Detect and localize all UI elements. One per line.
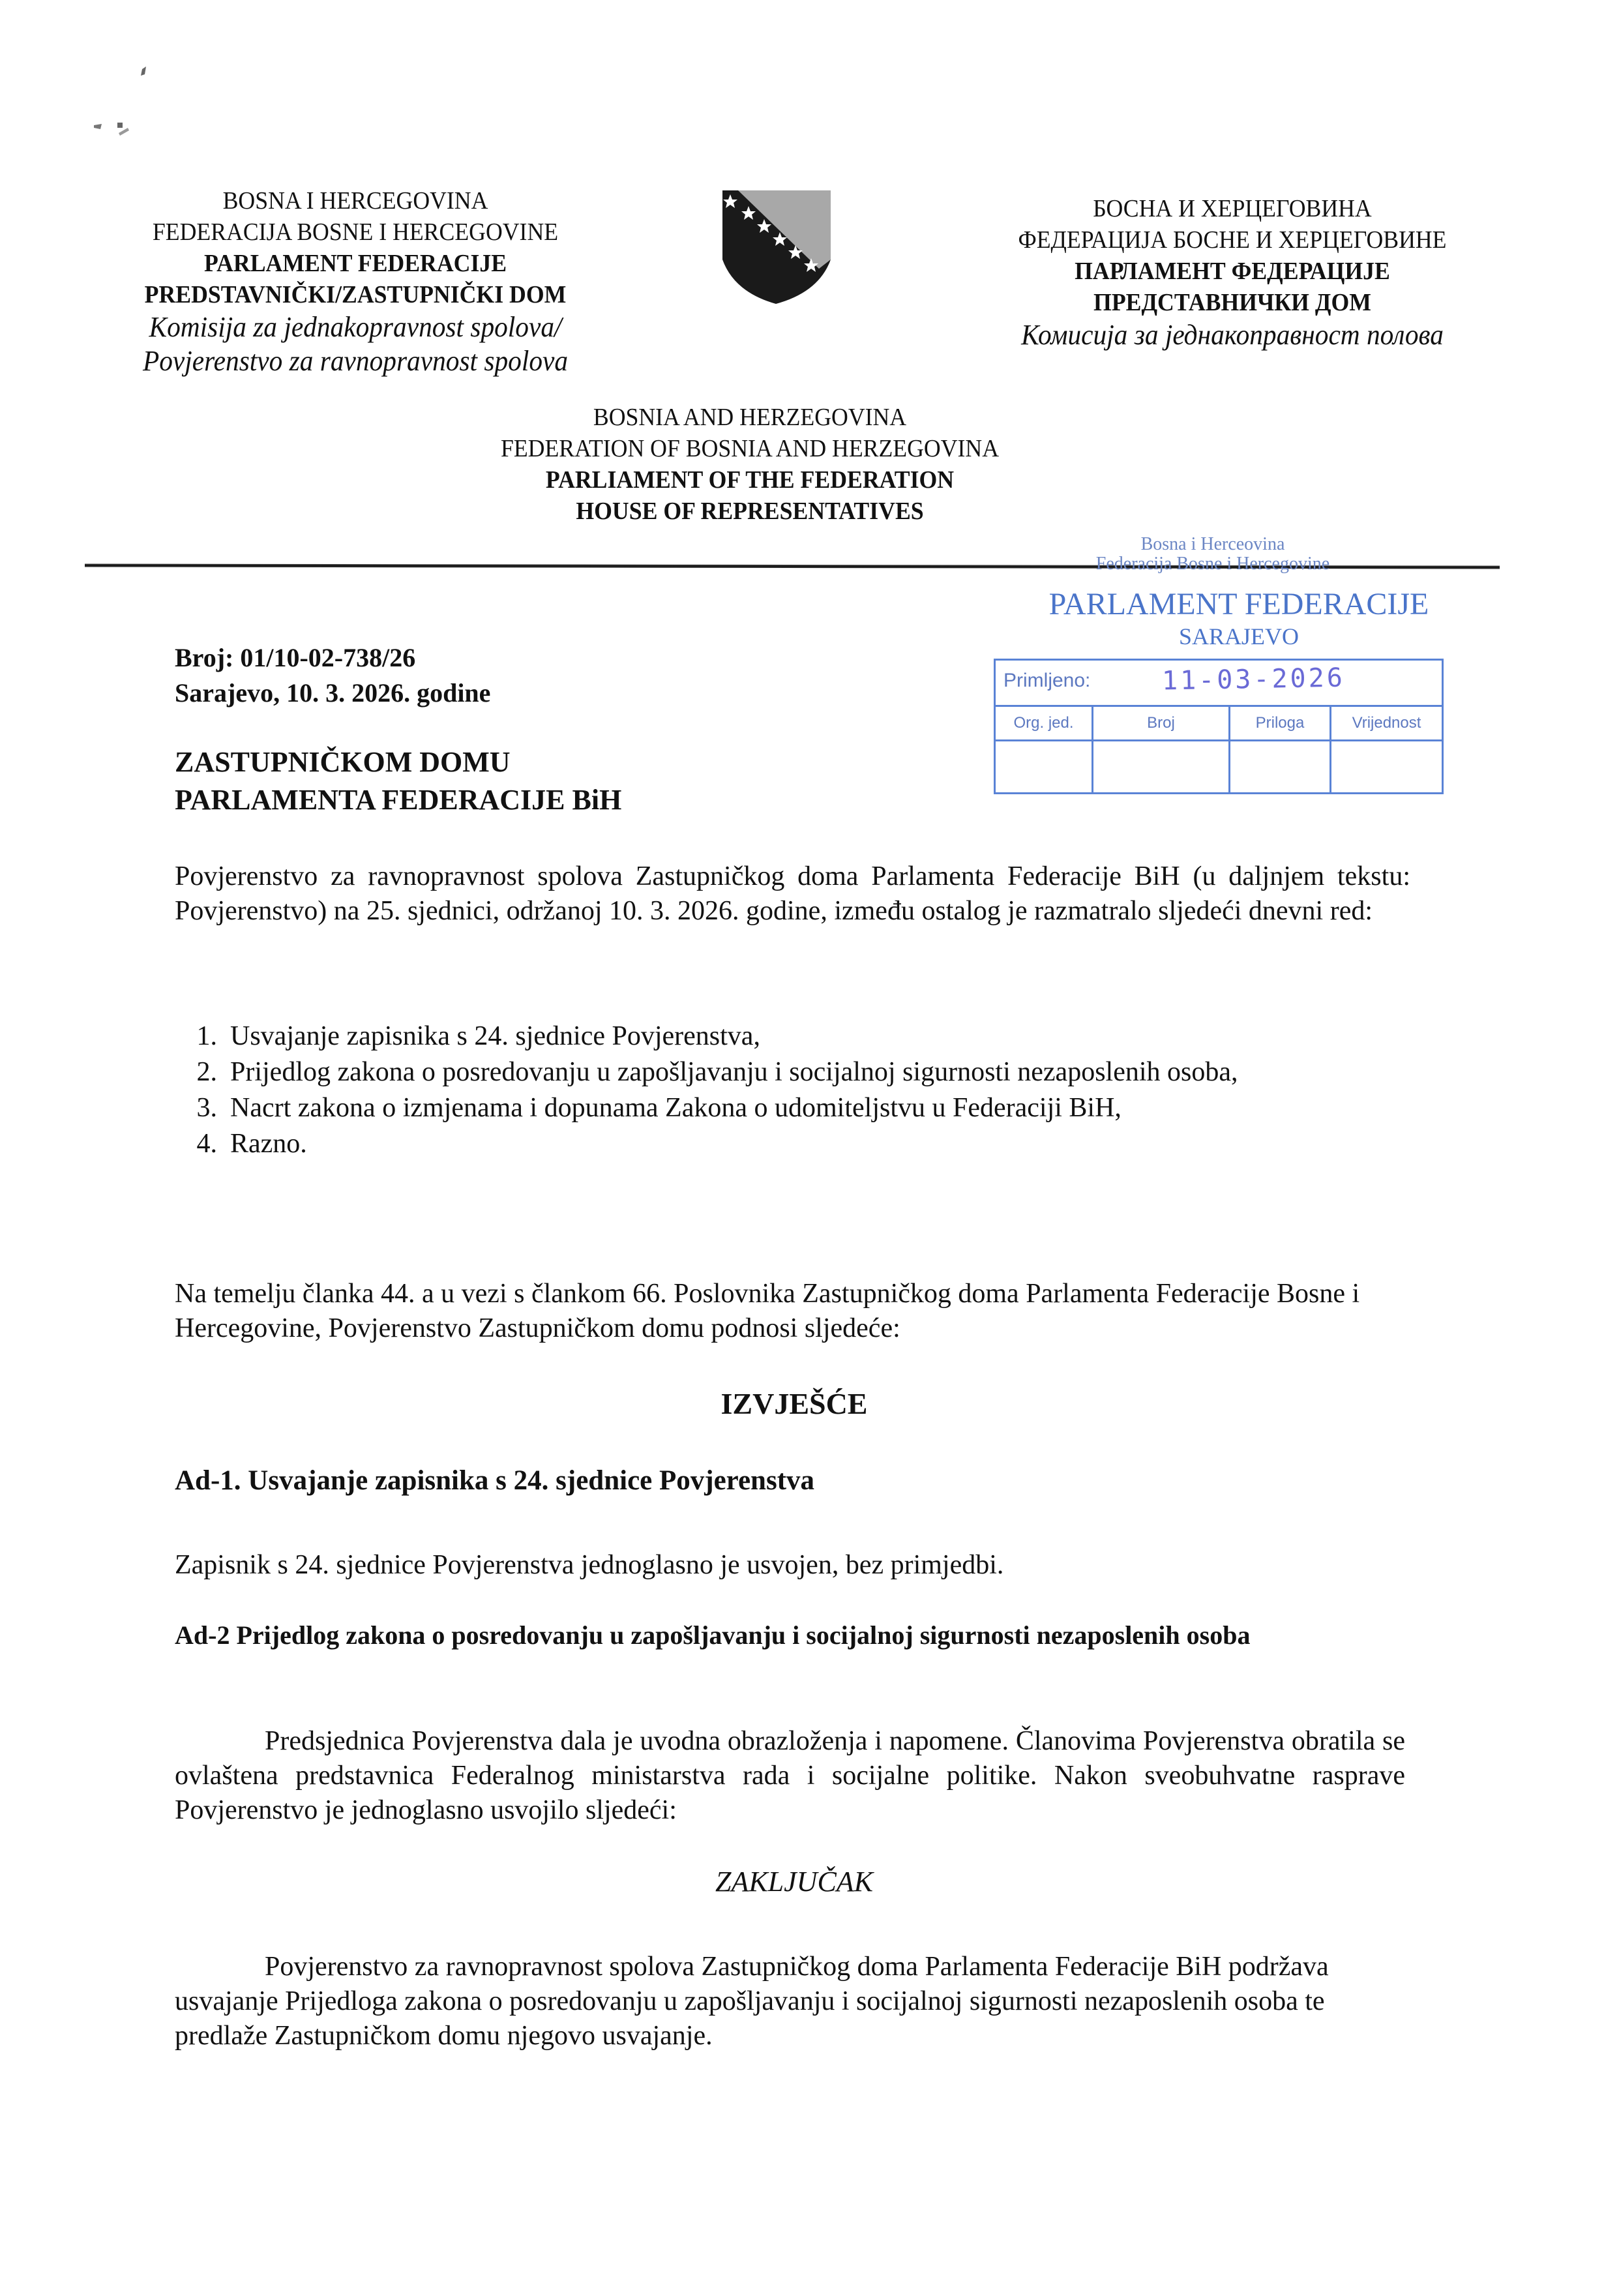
document-place-date: Sarajevo, 10. 3. 2026. godine bbox=[175, 676, 490, 711]
stamp-col-priloga: Priloga bbox=[1230, 707, 1331, 794]
header-left-line3: PARLAMENT FEDERACIJE bbox=[101, 248, 610, 279]
header-left-line6: Povjerenstvo za ravnopravnost spolova bbox=[101, 344, 610, 378]
section-ad1-heading: Ad-1. Usvajanje zapisnika s 24. sjednice… bbox=[175, 1465, 1414, 1497]
agenda-item: 4. Razno. bbox=[175, 1126, 1414, 1162]
stamp-received-row: Primljeno: 11-03-2026 bbox=[996, 661, 1442, 707]
header-right-line2: ФЕДЕРАЦИЈА БОСНЕ И ХЕРЦЕГОВИНЕ bbox=[932, 224, 1532, 256]
header-left-bosnian: BOSNA I HERCEGOVINA FEDERACIJA BOSNE I H… bbox=[101, 185, 610, 378]
stamp-columns: Org. jed. Broj Priloga Vrijednost bbox=[996, 707, 1442, 794]
section-ad1-text: Zapisnik s 24. sjednice Povjerenstva jed… bbox=[175, 1548, 1414, 1583]
header-left-line1: BOSNA I HERCEGOVINA bbox=[101, 185, 610, 216]
stamp-top-line2: Federacija Bosne i Hercegovine bbox=[1011, 554, 1415, 574]
agenda-item-number: 2. bbox=[175, 1054, 230, 1090]
stamp-col-label: Broj bbox=[1093, 707, 1228, 741]
stamp-col-broj: Broj bbox=[1093, 707, 1230, 794]
conclusion-paragraph: Povjerenstvo za ravnopravnost spolova Za… bbox=[175, 1950, 1414, 2053]
scan-marks bbox=[85, 65, 163, 143]
header-center-line4: HOUSE OF REPRESENTATIVES bbox=[443, 496, 1056, 527]
agenda-item-number: 3. bbox=[175, 1090, 230, 1126]
stamp-col-label: Org. jed. bbox=[996, 707, 1092, 741]
conclusion-text: Povjerenstvo za ravnopravnost spolova Za… bbox=[175, 1952, 1329, 2051]
agenda-item: 3. Nacrt zakona o izmjenama i dopunama Z… bbox=[175, 1090, 1414, 1126]
stamp-col-org-jed: Org. jed. bbox=[996, 707, 1093, 794]
agenda-item-text: Prijedlog zakona o posredovanju u zapošl… bbox=[230, 1054, 1414, 1090]
intro-paragraph: Povjerenstvo za ravnopravnost spolova Za… bbox=[175, 859, 1410, 929]
header-left-line5: Komisija za jednakopravnost spolova/ bbox=[101, 310, 610, 344]
header-right-cyrillic: БОСНА И ХЕРЦЕГОВИНА ФЕДЕРАЦИЈА БОСНЕ И Х… bbox=[932, 193, 1532, 352]
stamp-col-vrijednost: Vrijednost bbox=[1331, 707, 1442, 794]
stamp-header: Bosna i Herceovina Federacija Bosne i He… bbox=[1011, 535, 1415, 574]
agenda-item: 1. Usvajanje zapisnika s 24. sjednice Po… bbox=[175, 1019, 1414, 1054]
stamp-top-line1: Bosna i Herceovina bbox=[1011, 535, 1415, 554]
conclusion-title: ZAKLJUČAK bbox=[175, 1865, 1414, 1898]
header-left-line4: PREDSTAVNIČKI/ZASTUPNIČKI DOM bbox=[101, 279, 610, 310]
header-right-line5: Комисија за једнакоправност полова bbox=[932, 318, 1532, 352]
stamp-col-label: Vrijednost bbox=[1331, 707, 1442, 741]
agenda-item-text: Razno. bbox=[230, 1126, 1414, 1162]
agenda-item: 2. Prijedlog zakona o posredovanju u zap… bbox=[175, 1054, 1414, 1090]
agenda-item-text: Nacrt zakona o izmjenama i dopunama Zako… bbox=[230, 1090, 1414, 1126]
agenda-item-number: 4. bbox=[175, 1126, 230, 1162]
agenda-item-text: Usvajanje zapisnika s 24. sjednice Povje… bbox=[230, 1019, 1414, 1054]
agenda-item-number: 1. bbox=[175, 1019, 230, 1054]
addressee-line2: PARLAMENTA FEDERACIJE BiH bbox=[175, 781, 621, 819]
stamp-col-label: Priloga bbox=[1230, 707, 1329, 741]
addressee-line1: ZASTUPNIČKOM DOMU bbox=[175, 743, 621, 781]
header-right-line3: ПАРЛАМЕНТ ФЕДЕРАЦИЈЕ bbox=[932, 256, 1532, 287]
coat-of-arms-icon bbox=[721, 188, 832, 305]
legal-basis-paragraph: Na temelju članka 44. a u vezi s člankom… bbox=[175, 1277, 1388, 1346]
header-right-line4: ПРЕДСТАВНИЧКИ ДОМ bbox=[932, 287, 1532, 318]
agenda-list: 1. Usvajanje zapisnika s 24. sjednice Po… bbox=[175, 1019, 1414, 1162]
stamp-received-date: 11-03-2026 bbox=[1162, 663, 1346, 696]
received-stamp-box: Primljeno: 11-03-2026 Org. jed. Broj Pri… bbox=[994, 659, 1444, 794]
document-number: Broj: 01/10-02-738/26 bbox=[175, 640, 490, 676]
report-title: IZVJEŠĆE bbox=[175, 1386, 1414, 1421]
header-left-line2: FEDERACIJA BOSNE I HERCEGOVINE bbox=[101, 216, 610, 248]
section-ad2-heading: Ad-2 Prijedlog zakona o posredovanju u z… bbox=[175, 1619, 1348, 1652]
section-ad2-text: Predsjednica Povjerenstva dala je uvodna… bbox=[175, 1726, 1405, 1825]
stamp-title: PARLAMENT FEDERACIJE bbox=[998, 587, 1480, 622]
header-center-line3: PARLIAMENT OF THE FEDERATION bbox=[443, 464, 1056, 496]
header-center-english: BOSNIA AND HERZEGOVINA FEDERATION OF BOS… bbox=[443, 402, 1056, 527]
stamp-received-label: Primljeno: bbox=[1003, 670, 1090, 692]
header-center-line1: BOSNIA AND HERZEGOVINA bbox=[443, 402, 1056, 433]
document-meta: Broj: 01/10-02-738/26 Sarajevo, 10. 3. 2… bbox=[175, 640, 490, 711]
stamp-city: SARAJEVO bbox=[998, 623, 1480, 649]
section-ad2-paragraph: Predsjednica Povjerenstva dala je uvodna… bbox=[175, 1724, 1405, 1828]
header-center-line2: FEDERATION OF BOSNIA AND HERZEGOVINA bbox=[443, 433, 1056, 464]
addressee: ZASTUPNIČKOM DOMU PARLAMENTA FEDERACIJE … bbox=[175, 743, 621, 819]
header-right-line1: БОСНА И ХЕРЦЕГОВИНА bbox=[932, 193, 1532, 224]
